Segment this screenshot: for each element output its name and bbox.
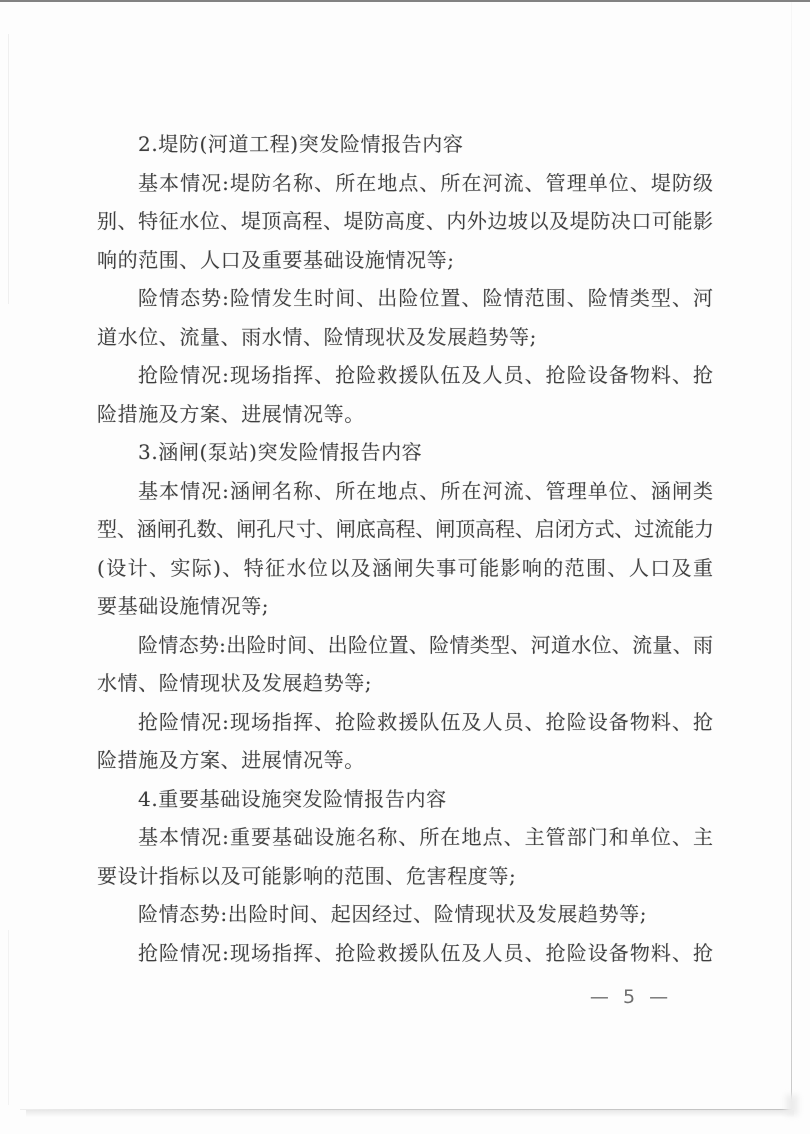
body-line: (设计、实际)、特征水位以及涵闸失事可能影响的范围、人口及重 <box>97 549 713 588</box>
document-text-block: 2.堤防(河道工程)突发险情报告内容 基本情况:堤防名称、所在地点、所在河流、管… <box>97 125 713 972</box>
body-line: 抢险情况:现场指挥、抢险救援队伍及人员、抢险设备物料、抢 <box>97 356 713 395</box>
body-line: 险措施及方案、进展情况等。 <box>97 395 713 434</box>
body-line: 别、特征水位、堤顶高程、堤防高度、内外边坡以及堤防决口可能影 <box>97 202 713 241</box>
body-line: 险情态势:出险时间、起因经过、险情现状及发展趋势等; <box>97 895 713 934</box>
body-line: 抢险情况:现场指挥、抢险救援队伍及人员、抢险设备物料、抢 <box>97 934 713 973</box>
body-line: 基本情况:重要基础设施名称、所在地点、主管部门和单位、主 <box>97 818 713 857</box>
body-line: 型、涵闸孔数、闸孔尺寸、闸底高程、闸顶高程、启闭方式、过流能力 <box>97 510 713 549</box>
section-3-heading: 3.涵闸(泵站)突发险情报告内容 <box>97 433 713 472</box>
body-line: 险情态势:险情发生时间、出险位置、险情范围、险情类型、河 <box>97 279 713 318</box>
body-line: 要基础设施情况等; <box>97 587 713 626</box>
paper-right-edge <box>791 2 792 1110</box>
body-line: 水情、险情现状及发展趋势等; <box>97 664 713 703</box>
paper-bottom-shadow <box>26 1110 794 1117</box>
body-line: 险情态势:出险时间、出险位置、险情类型、河道水位、流量、雨 <box>97 626 713 665</box>
body-line: 基本情况:堤防名称、所在地点、所在河流、管理单位、堤防级 <box>97 164 713 203</box>
page-number: — 5 — <box>586 982 676 1012</box>
paper-left-edge-lower <box>8 930 9 1105</box>
body-line: 要设计指标以及可能影响的范围、危害程度等; <box>97 857 713 896</box>
body-line: 险措施及方案、进展情况等。 <box>97 741 713 780</box>
paper-corner-shadow <box>786 1095 798 1115</box>
scan-top-edge-line <box>0 0 810 2</box>
body-line: 道水位、流量、雨水情、险情现状及发展趋势等; <box>97 318 713 357</box>
body-line: 抢险情况:现场指挥、抢险救援队伍及人员、抢险设备物料、抢 <box>97 703 713 742</box>
body-line: 响的范围、人口及重要基础设施情况等; <box>97 241 713 280</box>
scanned-document-page: 2.堤防(河道工程)突发险情报告内容 基本情况:堤防名称、所在地点、所在河流、管… <box>0 0 810 1134</box>
paper-left-edge <box>8 34 9 304</box>
section-2-heading: 2.堤防(河道工程)突发险情报告内容 <box>97 125 713 164</box>
body-line: 基本情况:涵闸名称、所在地点、所在河流、管理单位、涵闸类 <box>97 472 713 511</box>
section-4-heading: 4.重要基础设施突发险情报告内容 <box>97 780 713 819</box>
